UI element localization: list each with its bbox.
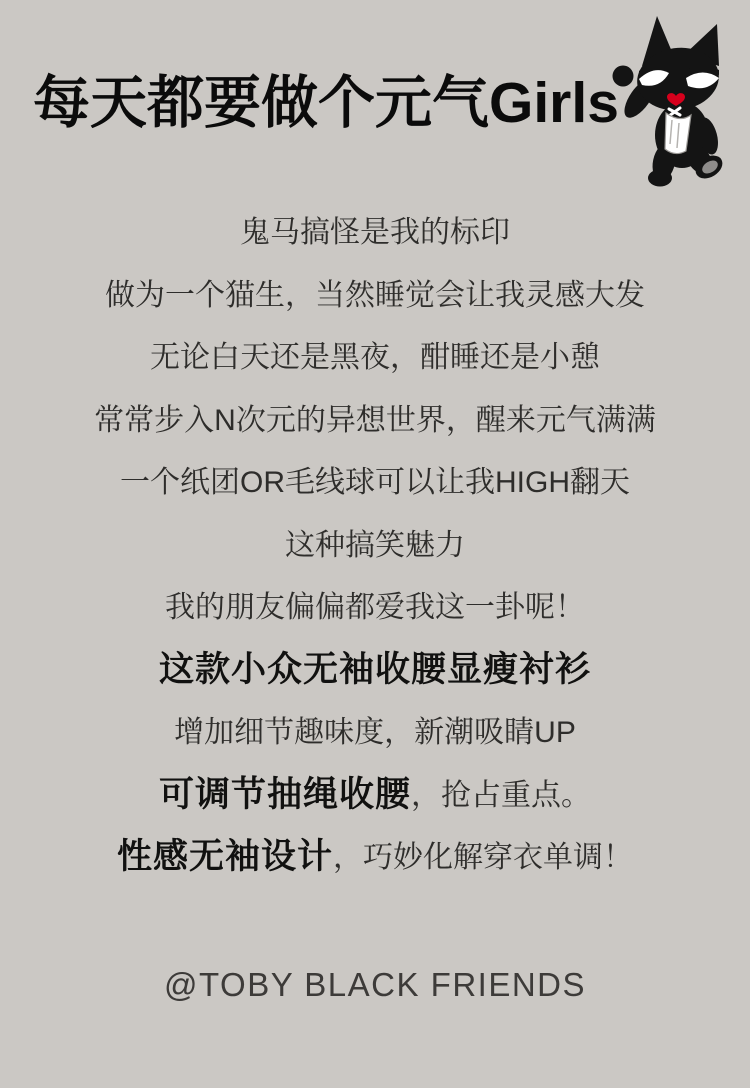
body-line-highlight: 可调节抽绳收腰，抢占重点。 bbox=[0, 761, 750, 824]
page-title: 每天都要做个元气Girls bbox=[33, 63, 633, 143]
body-line-text: 增加细节趣味度，新潮吸睛UP bbox=[174, 707, 576, 751]
product-description-page: 每天都要做个元气Girls bbox=[0, 0, 750, 1088]
body-line: 常常步入N次元的异想世界，醒来元气满满 bbox=[0, 386, 750, 449]
body-line-text: 无论白天还是黑夜，酣睡还是小憩 bbox=[150, 332, 600, 376]
body-line: 这种搞笑魅力 bbox=[0, 511, 750, 574]
body-line: 增加细节趣味度，新潮吸睛UP bbox=[0, 698, 750, 761]
body-line-text: 我的朋友偏偏都爱我这一卦呢！ bbox=[165, 582, 585, 626]
body-line: 我的朋友偏偏都爱我这一卦呢！ bbox=[0, 573, 750, 636]
body-line-text: 鬼马搞怪是我的标印 bbox=[240, 207, 510, 251]
body-line-text: 常常步入N次元的异想世界，醒来元气满满 bbox=[94, 395, 656, 439]
body-line-text-bold: 这款小众无袖收腰显瘦衬衫 bbox=[159, 642, 591, 692]
body-line-text: ，抢占重点。 bbox=[411, 770, 591, 814]
body-line: 一个纸团OR毛线球可以让我HIGH翻天 bbox=[0, 448, 750, 511]
body-line-text-bold: 可调节抽绳收腰 bbox=[159, 767, 411, 817]
body-line-text-bold: 性感无袖设计 bbox=[117, 829, 333, 879]
body-line-text: 这种搞笑魅力 bbox=[285, 520, 465, 564]
body-line: 鬼马搞怪是我的标印 bbox=[0, 198, 750, 261]
body-line-highlight: 这款小众无袖收腰显瘦衬衫 bbox=[0, 636, 750, 699]
body-line-text: ，巧妙化解穿衣单调！ bbox=[333, 832, 633, 876]
black-cat-mascot-icon bbox=[606, 12, 740, 190]
body-line-text: 一个纸团OR毛线球可以让我HIGH翻天 bbox=[120, 457, 630, 501]
body-line-text: 做为一个猫生，当然睡觉会让我灵感大发 bbox=[105, 270, 645, 314]
brand-credit: @TOBY BLACK FRIENDS bbox=[0, 958, 750, 1012]
body-copy: 鬼马搞怪是我的标印 做为一个猫生，当然睡觉会让我灵感大发 无论白天还是黑夜，酣睡… bbox=[0, 198, 750, 886]
body-line: 无论白天还是黑夜，酣睡还是小憩 bbox=[0, 323, 750, 386]
body-line-highlight: 性感无袖设计，巧妙化解穿衣单调！ bbox=[0, 823, 750, 886]
body-line: 做为一个猫生，当然睡觉会让我灵感大发 bbox=[0, 261, 750, 324]
